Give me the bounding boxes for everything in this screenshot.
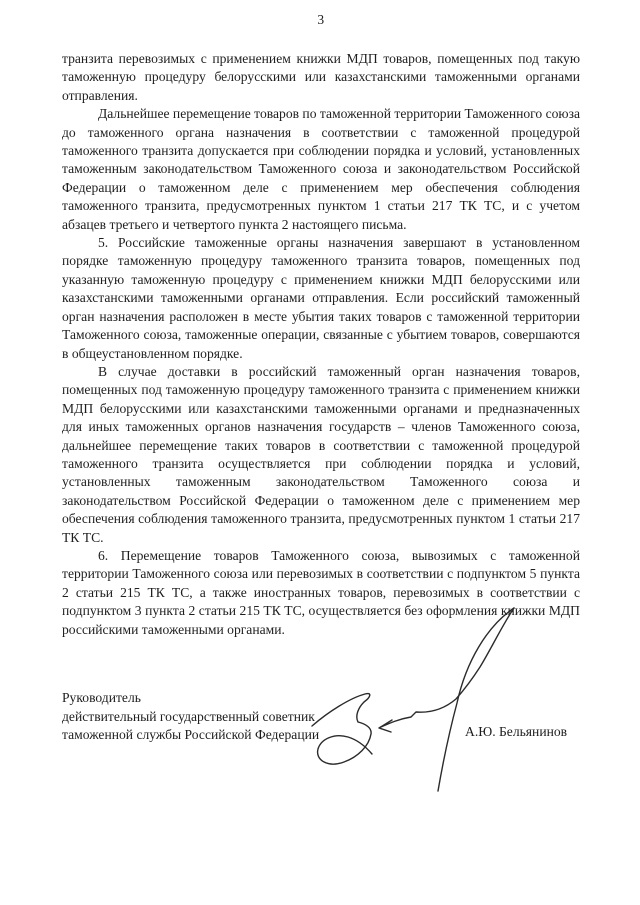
document-body: транзита перевозимых с применением книжк…: [62, 50, 580, 639]
paragraph-continuation: транзита перевозимых с применением книжк…: [62, 50, 580, 105]
page-number: 3: [62, 12, 580, 28]
signatory-position-line-1: Руководитель: [62, 689, 319, 708]
document-page: 3 транзита перевозимых с применением кни…: [0, 0, 640, 905]
paragraph-item-6: 6. Перемещение товаров Таможенного союза…: [62, 547, 580, 639]
signatory-position-line-3: таможенной службы Российской Федерации: [62, 726, 319, 745]
paragraph-delivery-case: В случае доставки в российский таможенны…: [62, 363, 580, 547]
signature-title-block: Руководитель действительный государствен…: [62, 689, 319, 745]
paragraph-item-5: 5. Российские таможенные органы назначен…: [62, 234, 580, 363]
paragraph-further-movement: Дальнейшее перемещение товаров по таможе…: [62, 105, 580, 234]
signatory-position-line-2: действительный государственный советник: [62, 708, 319, 727]
signatory-name: А.Ю. Бельянинов: [465, 724, 567, 740]
